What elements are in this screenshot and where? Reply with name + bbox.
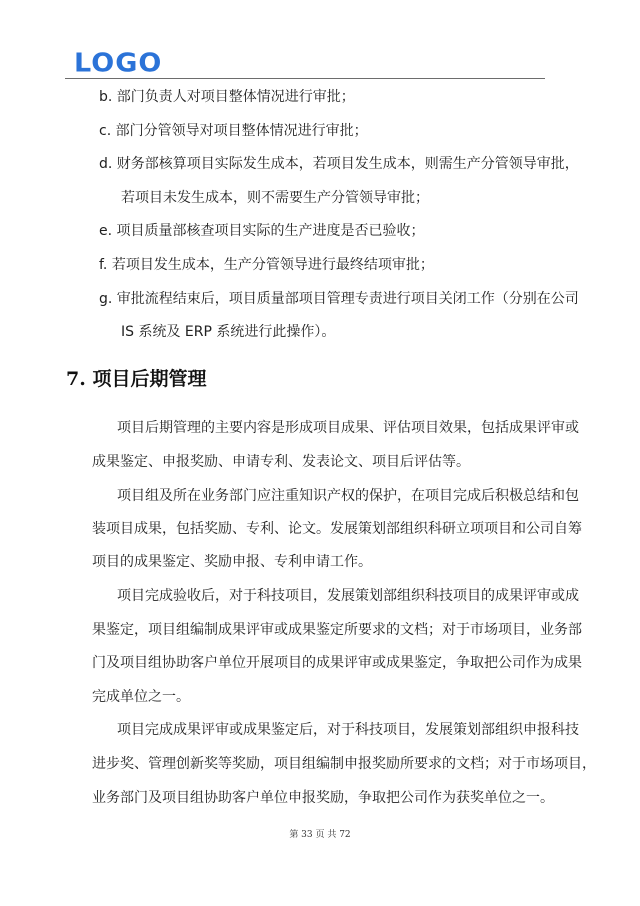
list-text: 审批流程结束后，项目质量部项目管理专责进行项目关闭工作（分别在公司 bbox=[117, 291, 579, 307]
list-item-g-continuation: IS 系统及 ERP 系统进行此操作）。 bbox=[121, 323, 335, 341]
header-divider bbox=[65, 78, 545, 79]
paragraph-3-line-1: 项目完成验收后，对于科技项目，发展策划部组织科技项目的成果评审或成 bbox=[117, 587, 579, 605]
list-text: 部门负责人对项目整体情况进行审批； bbox=[117, 89, 355, 105]
paragraph-2-line-1: 项目组及所在业务部门应注重知识产权的保护，在项目完成后积极总结和包 bbox=[117, 487, 579, 505]
paragraph-4-line-2: 进步奖、管理创新奖等奖励，项目组编制申报奖励所要求的文档；对于市场项目， bbox=[92, 755, 596, 773]
list-marker: b. bbox=[99, 89, 112, 105]
list-marker: g. bbox=[99, 291, 112, 307]
list-text: 部门分管领导对项目整体情况进行审批； bbox=[116, 123, 368, 139]
paragraph-3-line-3: 门及项目组协助客户单位开展项目的成果评审或成果鉴定，争取把公司作为成果 bbox=[92, 654, 582, 672]
list-marker: f. bbox=[99, 257, 107, 273]
logo: LOGO bbox=[74, 51, 162, 77]
paragraph-3-line-4: 完成单位之一。 bbox=[92, 688, 190, 706]
section-number: 7. bbox=[66, 368, 86, 390]
section-title: 项目后期管理 bbox=[92, 368, 206, 390]
page-number-footer: 第 33 页 共 72 bbox=[0, 827, 640, 840]
paragraph-3-line-2: 果鉴定，项目组编制成果评审或成果鉴定所要求的文档；对于市场项目，业务部 bbox=[92, 621, 582, 639]
list-item-d: d. 财务部核算项目实际发生成本，若项目发生成本，则需生产分管领导审批， bbox=[99, 155, 579, 173]
list-item-e: e. 项目质量部核查项目实际的生产进度是否已验收； bbox=[99, 222, 425, 240]
list-item-d-continuation: 若项目未发生成本，则不需要生产分管领导审批； bbox=[121, 189, 429, 207]
list-item-f: f. 若项目发生成本，生产分管领导进行最终结项审批； bbox=[99, 256, 434, 274]
list-marker: e. bbox=[99, 223, 112, 239]
list-text: 财务部核算项目实际发生成本，若项目发生成本，则需生产分管领导审批， bbox=[117, 156, 579, 172]
paragraph-2-line-2: 装项目成果，包括奖励、专利、论文。发展策划部组织科研立项项目和公司自筹 bbox=[92, 520, 582, 538]
list-item-c: c. 部门分管领导对项目整体情况进行审批； bbox=[99, 122, 368, 140]
paragraph-4-line-1: 项目完成成果评审或成果鉴定后，对于科技项目，发展策划部组织申报科技 bbox=[117, 721, 579, 739]
paragraph-2-line-3: 项目的成果鉴定、奖励申报、专利申请工作。 bbox=[92, 553, 372, 571]
paragraph-1-line-2: 成果鉴定、申报奖励、申请专利、发表论文、项目后评估等。 bbox=[92, 453, 470, 471]
list-item-g: g. 审批流程结束后，项目质量部项目管理专责进行项目关闭工作（分别在公司 bbox=[99, 290, 579, 308]
list-text: 项目质量部核查项目实际的生产进度是否已验收； bbox=[117, 223, 425, 239]
list-marker: d. bbox=[99, 156, 112, 172]
list-item-b: b. 部门负责人对项目整体情况进行审批； bbox=[99, 88, 355, 106]
section-heading: 7. 项目后期管理 bbox=[66, 367, 206, 391]
list-marker: c. bbox=[99, 123, 111, 139]
list-text: 若项目发生成本，生产分管领导进行最终结项审批； bbox=[112, 257, 434, 273]
paragraph-1-line-1: 项目后期管理的主要内容是形成项目成果、评估项目效果，包括成果评审或 bbox=[117, 419, 579, 437]
paragraph-4-line-3: 业务部门及项目组协助客户单位申报奖励，争取把公司作为获奖单位之一。 bbox=[92, 789, 554, 807]
